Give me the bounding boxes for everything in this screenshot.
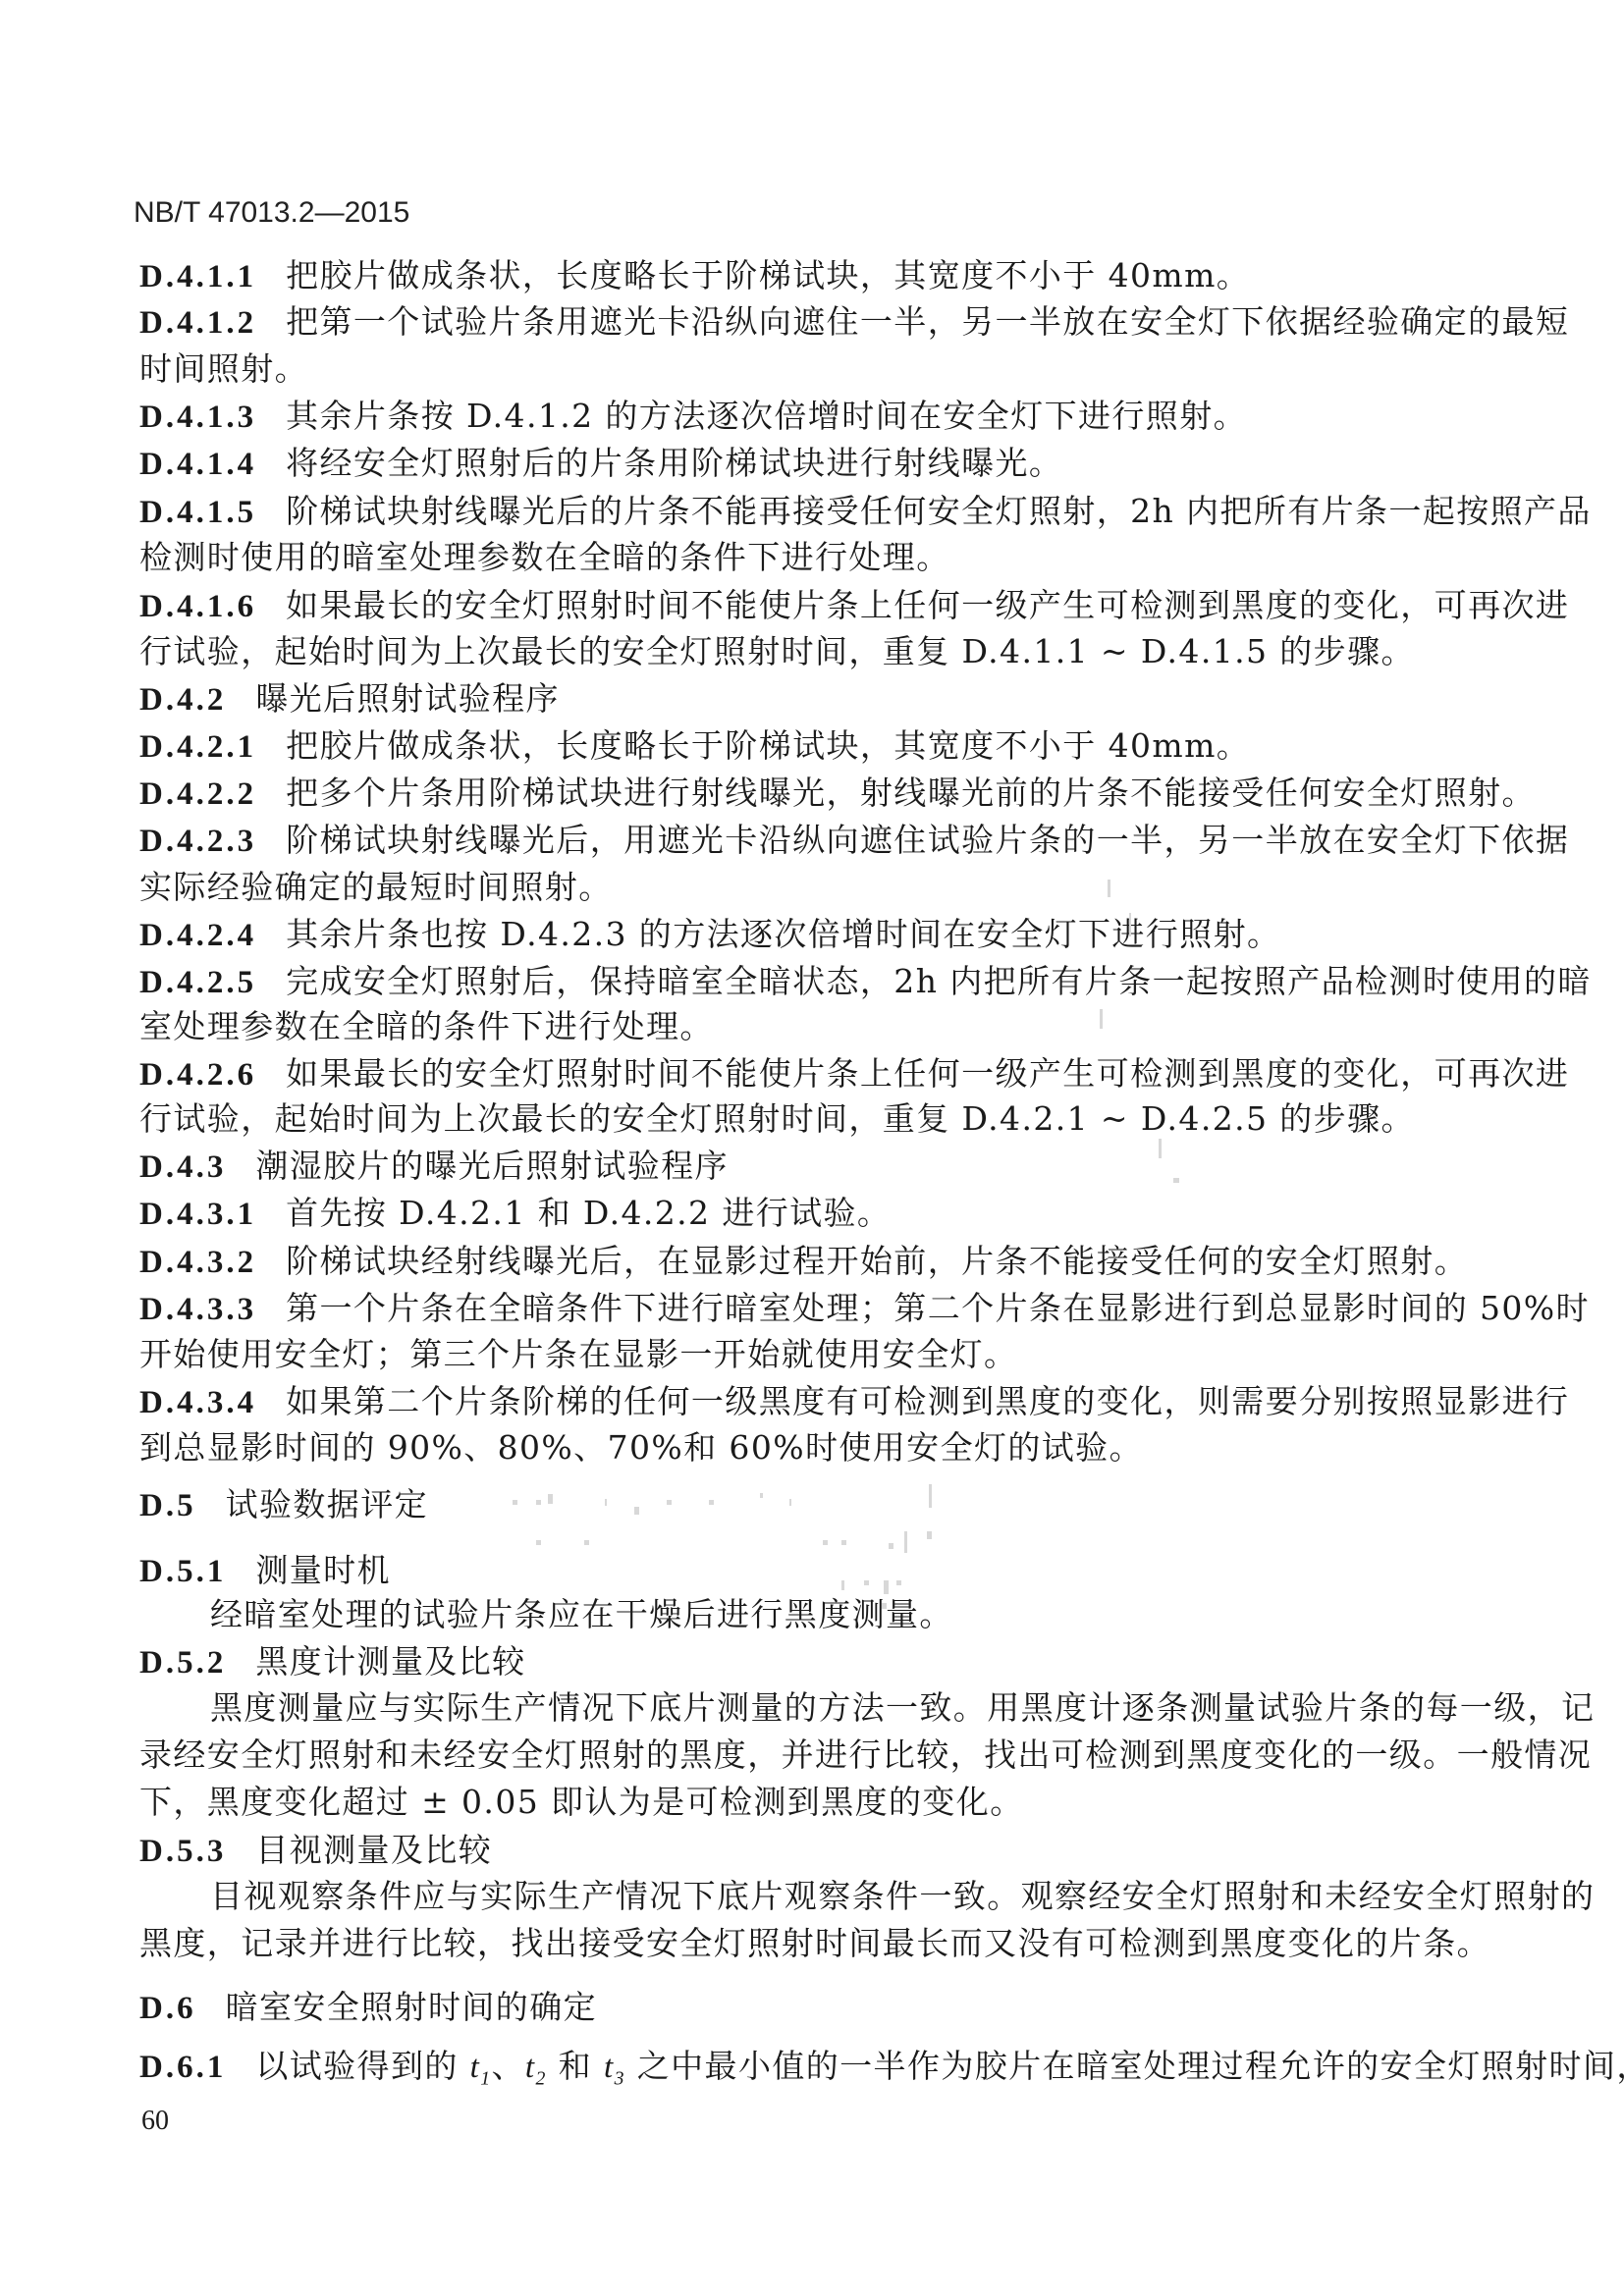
clause-line-continued: 到总显影时间的 90%、80%、70%和 60%时使用安全灯的试验。 [139, 1428, 1426, 1468]
clause-number: D.4.3.3 [139, 1290, 256, 1329]
clause-text: 完成安全灯照射后，保持暗室全暗状态，2h 内把所有片条一起按照产品检测时使用的暗 [286, 962, 1592, 1000]
clause-text: 其余片条也按 D.4.2.3 的方法逐次倍增时间在安全灯下进行照射。 [286, 915, 1280, 953]
clause-number: D.4.2.2 [139, 774, 256, 814]
clause-text: 其余片条按 D.4.1.2 的方法逐次倍增时间在安全灯下进行照射。 [286, 397, 1247, 435]
section-heading: D.5试验数据评定 [139, 1485, 1426, 1524]
clause-text: 第一个片条在全暗条件下进行暗室处理；第二个片条在显影进行到总显影时间的 50%时 [286, 1289, 1590, 1327]
body-text: 录经安全灯照射和未经安全灯照射的黑度，并进行比较，找出可检测到黑度变化的一级。一… [139, 1735, 1592, 1774]
clause-line-continued: 开始使用安全灯；第三个片条在显影一开始就使用安全灯。 [139, 1335, 1426, 1374]
clause-text: 阶梯试块射线曝光后，用遮光卡沿纵向遮住试验片条的一半，另一半放在安全灯下依据 [286, 821, 1569, 859]
clause-number: D.5.2 [139, 1643, 226, 1682]
clause-number: D.4.3.4 [139, 1383, 256, 1422]
clause-line-continued: 行试验，起始时间为上次最长的安全灯照射时间，重复 D.4.1.1 ~ D.4.1… [139, 632, 1426, 671]
clause-number: D.4.1.4 [139, 445, 256, 484]
clause-number: D.4.2.3 [139, 822, 256, 861]
body-paragraph-line: 录经安全灯照射和未经安全灯照射的黑度，并进行比较，找出可检测到黑度变化的一级。一… [139, 1735, 1426, 1775]
clause-line: D.6.1以试验得到的 t1、t2 和 t3 之中最小值的一半作为胶片在暗室处理… [139, 2047, 1426, 2086]
clause-number: D.4.1.6 [139, 587, 256, 626]
clause-number: D.5 [139, 1486, 196, 1525]
clause-text: 室处理参数在全暗的条件下进行处理。 [139, 1007, 714, 1045]
clause-number: D.5.3 [139, 1832, 226, 1871]
clause-text: 开始使用安全灯；第三个片条在显影一开始就使用安全灯。 [139, 1335, 1017, 1373]
subsection-heading: D.5.3目视测量及比较 [139, 1831, 1426, 1870]
body-text: 黑度，记录并进行比较，找出接受安全灯照射时间最长而又没有可检测到黑度变化的片条。 [139, 1924, 1490, 1962]
body-paragraph-line: 目视观察条件应与实际生产情况下底片观察条件一致。观察经安全灯照射和未经安全灯照射… [139, 1877, 1426, 1916]
clause-text: 把胶片做成条状，长度略长于阶梯试块，其宽度不小于 40mm。 [286, 256, 1250, 294]
clause-number: D.6.1 [139, 2048, 226, 2087]
clause-text: 阶梯试块经射线曝光后，在显影过程开始前，片条不能接受任何的安全灯照射。 [286, 1242, 1468, 1280]
clause-text: 将经安全灯照射后的片条用阶梯试块进行射线曝光。 [286, 444, 1062, 482]
clause-number: D.4.2.4 [139, 916, 256, 955]
body-text: 下，黑度变化超过 ± 0.05 即认为是可检测到黑度的变化。 [139, 1783, 1024, 1821]
clause-line: D.4.1.4将经安全灯照射后的片条用阶梯试块进行射线曝光。 [139, 444, 1426, 483]
clause-text: 如果第二个片条阶梯的任何一级黑度有可检测到黑度的变化，则需要分别按照显影进行 [286, 1382, 1569, 1420]
clause-text: 阶梯试块射线曝光后的片条不能再接受任何安全灯照射，2h 内把所有片条一起按照产品 [286, 492, 1592, 530]
clause-text: 把胶片做成条状，长度略长于阶梯试块，其宽度不小于 40mm。 [286, 726, 1250, 765]
heading-text: 潮湿胶片的曝光后照射试验程序 [255, 1147, 729, 1185]
clause-text: 实际经验确定的最短时间照射。 [139, 868, 613, 906]
body-text: 黑度测量应与实际生产情况下底片测量的方法一致。用黑度计逐条测量试验片条的每一级，… [210, 1688, 1595, 1727]
subsection-heading: D.5.2黑度计测量及比较 [139, 1642, 1426, 1682]
body-paragraph-line: 经暗室处理的试验片条应在干燥后进行黑度测量。 [139, 1595, 1426, 1634]
heading-text: 曝光后照射试验程序 [255, 679, 560, 718]
clause-line: D.4.2.3阶梯试块射线曝光后，用遮光卡沿纵向遮住试验片条的一半，另一半放在安… [139, 821, 1426, 860]
clause-line: D.4.3.3第一个片条在全暗条件下进行暗室处理；第二个片条在显影进行到总显影时… [139, 1289, 1426, 1328]
section-heading: D.4.3潮湿胶片的曝光后照射试验程序 [139, 1147, 1426, 1186]
heading-text: 暗室安全照射时间的确定 [226, 1988, 597, 2026]
clause-line: D.4.2.6如果最长的安全灯照射时间不能使片条上任何一级产生可检测到黑度的变化… [139, 1054, 1426, 1094]
section-heading: D.6暗室安全照射时间的确定 [139, 1988, 1426, 2027]
clause-text: 时间照射。 [139, 349, 308, 388]
clause-number: D.4.2.5 [139, 963, 256, 1002]
variable-t1: t1 [470, 2050, 492, 2085]
separator: 、 [492, 2047, 525, 2085]
clause-line: D.4.3.4如果第二个片条阶梯的任何一级黑度有可检测到黑度的变化，则需要分别按… [139, 1382, 1426, 1421]
clause-line-continued: 时间照射。 [139, 349, 1426, 389]
clause-number: D.6 [139, 1989, 196, 2028]
clause-line: D.4.2.5完成安全灯照射后，保持暗室全暗状态，2h 内把所有片条一起按照产品… [139, 962, 1426, 1001]
clause-line: D.4.1.1把胶片做成条状，长度略长于阶梯试块，其宽度不小于 40mm。 [139, 256, 1426, 295]
body-paragraph-line: 黑度测量应与实际生产情况下底片测量的方法一致。用黑度计逐条测量试验片条的每一级，… [139, 1688, 1426, 1728]
clause-line: D.4.1.3其余片条按 D.4.1.2 的方法逐次倍增时间在安全灯下进行照射。 [139, 397, 1426, 436]
clause-line-continued: 室处理参数在全暗的条件下进行处理。 [139, 1007, 1426, 1046]
clause-number: D.4.1.5 [139, 493, 256, 532]
clause-number: D.4.3 [139, 1148, 226, 1187]
clause-text: 如果最长的安全灯照射时间不能使片条上任何一级产生可检测到黑度的变化，可再次进 [286, 586, 1569, 624]
clause-number: D.5.1 [139, 1552, 226, 1591]
section-heading: D.4.2曝光后照射试验程序 [139, 679, 1426, 719]
heading-text: 黑度计测量及比较 [255, 1642, 525, 1681]
body-text: 目视观察条件应与实际生产情况下底片观察条件一致。观察经安全灯照射和未经安全灯照射… [210, 1877, 1595, 1915]
clause-number: D.4.3.2 [139, 1243, 256, 1282]
clause-text: 行试验，起始时间为上次最长的安全灯照射时间，重复 D.4.1.1 ~ D.4.1… [139, 632, 1415, 670]
clause-line-continued: 行试验，起始时间为上次最长的安全灯照射时间，重复 D.4.2.1 ~ D.4.2… [139, 1099, 1426, 1139]
clause-line-continued: 实际经验确定的最短时间照射。 [139, 868, 1426, 907]
clause-line: D.4.3.2阶梯试块经射线曝光后，在显影过程开始前，片条不能接受任何的安全灯照… [139, 1242, 1426, 1281]
clause-line: D.4.2.2把多个片条用阶梯试块进行射线曝光，射线曝光前的片条不能接受任何安全… [139, 774, 1426, 813]
clause-number: D.4.3.1 [139, 1195, 256, 1234]
connector-text: 和 [547, 2047, 604, 2085]
clause-line: D.4.1.2把第一个试验片条用遮光卡沿纵向遮住一半，另一半放在安全灯下依据经验… [139, 302, 1426, 342]
clause-text: 以试验得到的 [255, 2047, 469, 2085]
clause-line: D.4.1.6如果最长的安全灯照射时间不能使片条上任何一级产生可检测到黑度的变化… [139, 586, 1426, 625]
clause-line: D.4.1.5阶梯试块射线曝光后的片条不能再接受任何安全灯照射，2h 内把所有片… [139, 492, 1426, 531]
clause-line: D.4.3.1首先按 D.4.2.1 和 D.4.2.2 进行试验。 [139, 1194, 1426, 1233]
heading-text: 测量时机 [255, 1551, 391, 1589]
body-paragraph-line: 下，黑度变化超过 ± 0.05 即认为是可检测到黑度的变化。 [139, 1783, 1426, 1822]
page-number: 60 [141, 2106, 169, 2137]
heading-text: 目视测量及比较 [255, 1831, 492, 1869]
clause-line: D.4.2.4其余片条也按 D.4.2.3 的方法逐次倍增时间在安全灯下进行照射… [139, 915, 1426, 954]
clause-text: 到总显影时间的 90%、80%、70%和 60%时使用安全灯的试验。 [139, 1428, 1143, 1467]
clause-text: 行试验，起始时间为上次最长的安全灯照射时间，重复 D.4.2.1 ~ D.4.2… [139, 1099, 1415, 1138]
standard-number-header: NB/T 47013.2—2015 [134, 196, 409, 230]
clause-line: D.4.2.1把胶片做成条状，长度略长于阶梯试块，其宽度不小于 40mm。 [139, 726, 1426, 766]
clause-text: 之中最小值的一半作为胶片在暗室处理过程允许的安全灯照射时间， [625, 2047, 1624, 2085]
clause-text: 如果最长的安全灯照射时间不能使片条上任何一级产生可检测到黑度的变化，可再次进 [286, 1054, 1569, 1093]
heading-text: 试验数据评定 [226, 1485, 428, 1523]
clause-number: D.4.2.1 [139, 727, 256, 767]
body-paragraph-line: 黑度，记录并进行比较，找出接受安全灯照射时间最长而又没有可检测到黑度变化的片条。 [139, 1924, 1426, 1963]
body-text: 经暗室处理的试验片条应在干燥后进行黑度测量。 [210, 1595, 953, 1633]
clause-number: D.4.2.6 [139, 1055, 256, 1095]
subsection-heading: D.5.1测量时机 [139, 1551, 1426, 1590]
clause-text: 把第一个试验片条用遮光卡沿纵向遮住一半，另一半放在安全灯下依据经验确定的最短 [286, 302, 1569, 341]
clause-number: D.4.1.1 [139, 257, 256, 296]
clause-number: D.4.1.2 [139, 303, 256, 343]
variable-t3: t3 [604, 2050, 625, 2085]
clause-text: 把多个片条用阶梯试块进行射线曝光，射线曝光前的片条不能接受任何安全灯照射。 [286, 774, 1536, 812]
clause-number: D.4.2 [139, 680, 226, 720]
clause-text: 首先按 D.4.2.1 和 D.4.2.2 进行试验。 [286, 1194, 891, 1232]
variable-t2: t2 [525, 2050, 547, 2085]
clause-text: 检测时使用的暗室处理参数在全暗的条件下进行处理。 [139, 538, 950, 576]
clause-line-continued: 检测时使用的暗室处理参数在全暗的条件下进行处理。 [139, 538, 1426, 577]
clause-number: D.4.1.3 [139, 398, 256, 437]
